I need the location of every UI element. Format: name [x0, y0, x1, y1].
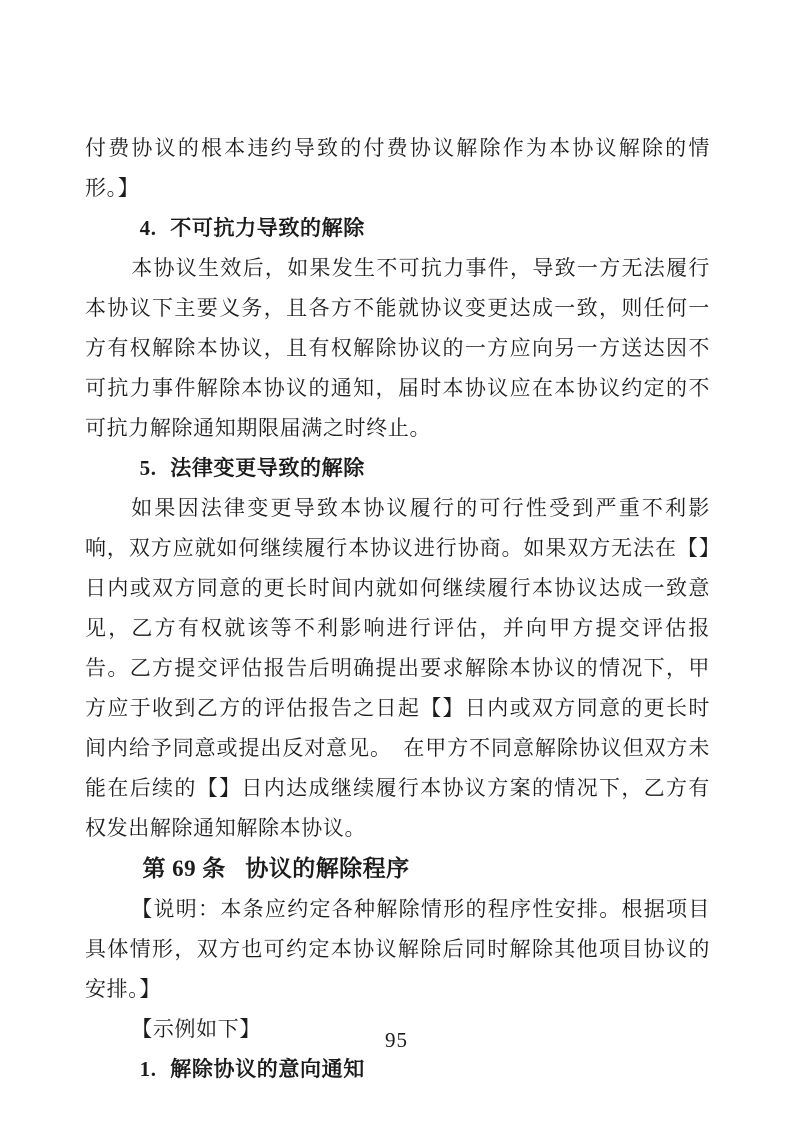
document-page: 付费协议的根本违约导致的付费协议解除作为本协议解除的情形。】 4.不可抗力导致的…	[0, 0, 793, 1122]
page-number: 95	[0, 1028, 793, 1052]
heading-item-1: 1.解除协议的意向通知	[85, 1049, 710, 1089]
heading-item-4: 4.不可抗力导致的解除	[85, 208, 710, 248]
heading-article-69: 第 69 条协议的解除程序	[85, 848, 710, 889]
heading-item-4-number: 4.	[140, 216, 157, 240]
heading-item-5: 5.法律变更导致的解除	[85, 448, 710, 488]
paragraph-note: 【说明：本条应约定各种解除情形的程序性安排。根据项目具体情形，双方也可约定本协议…	[85, 889, 710, 1009]
heading-item-1-number: 1.	[140, 1057, 157, 1081]
heading-item-5-label: 法律变更导致的解除	[170, 456, 365, 480]
heading-item-5-number: 5.	[140, 456, 157, 480]
heading-article-69-number: 第 69 条	[143, 856, 226, 881]
heading-item-4-label: 不可抗力导致的解除	[170, 216, 365, 240]
paragraph-continuation: 付费协议的根本违约导致的付费协议解除作为本协议解除的情形。】	[85, 128, 710, 208]
heading-article-69-label: 协议的解除程序	[245, 855, 409, 881]
heading-item-1-label: 解除协议的意向通知	[170, 1057, 365, 1081]
paragraph-force-majeure: 本协议生效后，如果发生不可抗力事件，导致一方无法履行本协议下主要义务，且各方不能…	[85, 248, 710, 448]
paragraph-law-change: 如果因法律变更导致本协议履行的可行性受到严重不利影响，双方应就如何继续履行本协议…	[85, 488, 710, 848]
